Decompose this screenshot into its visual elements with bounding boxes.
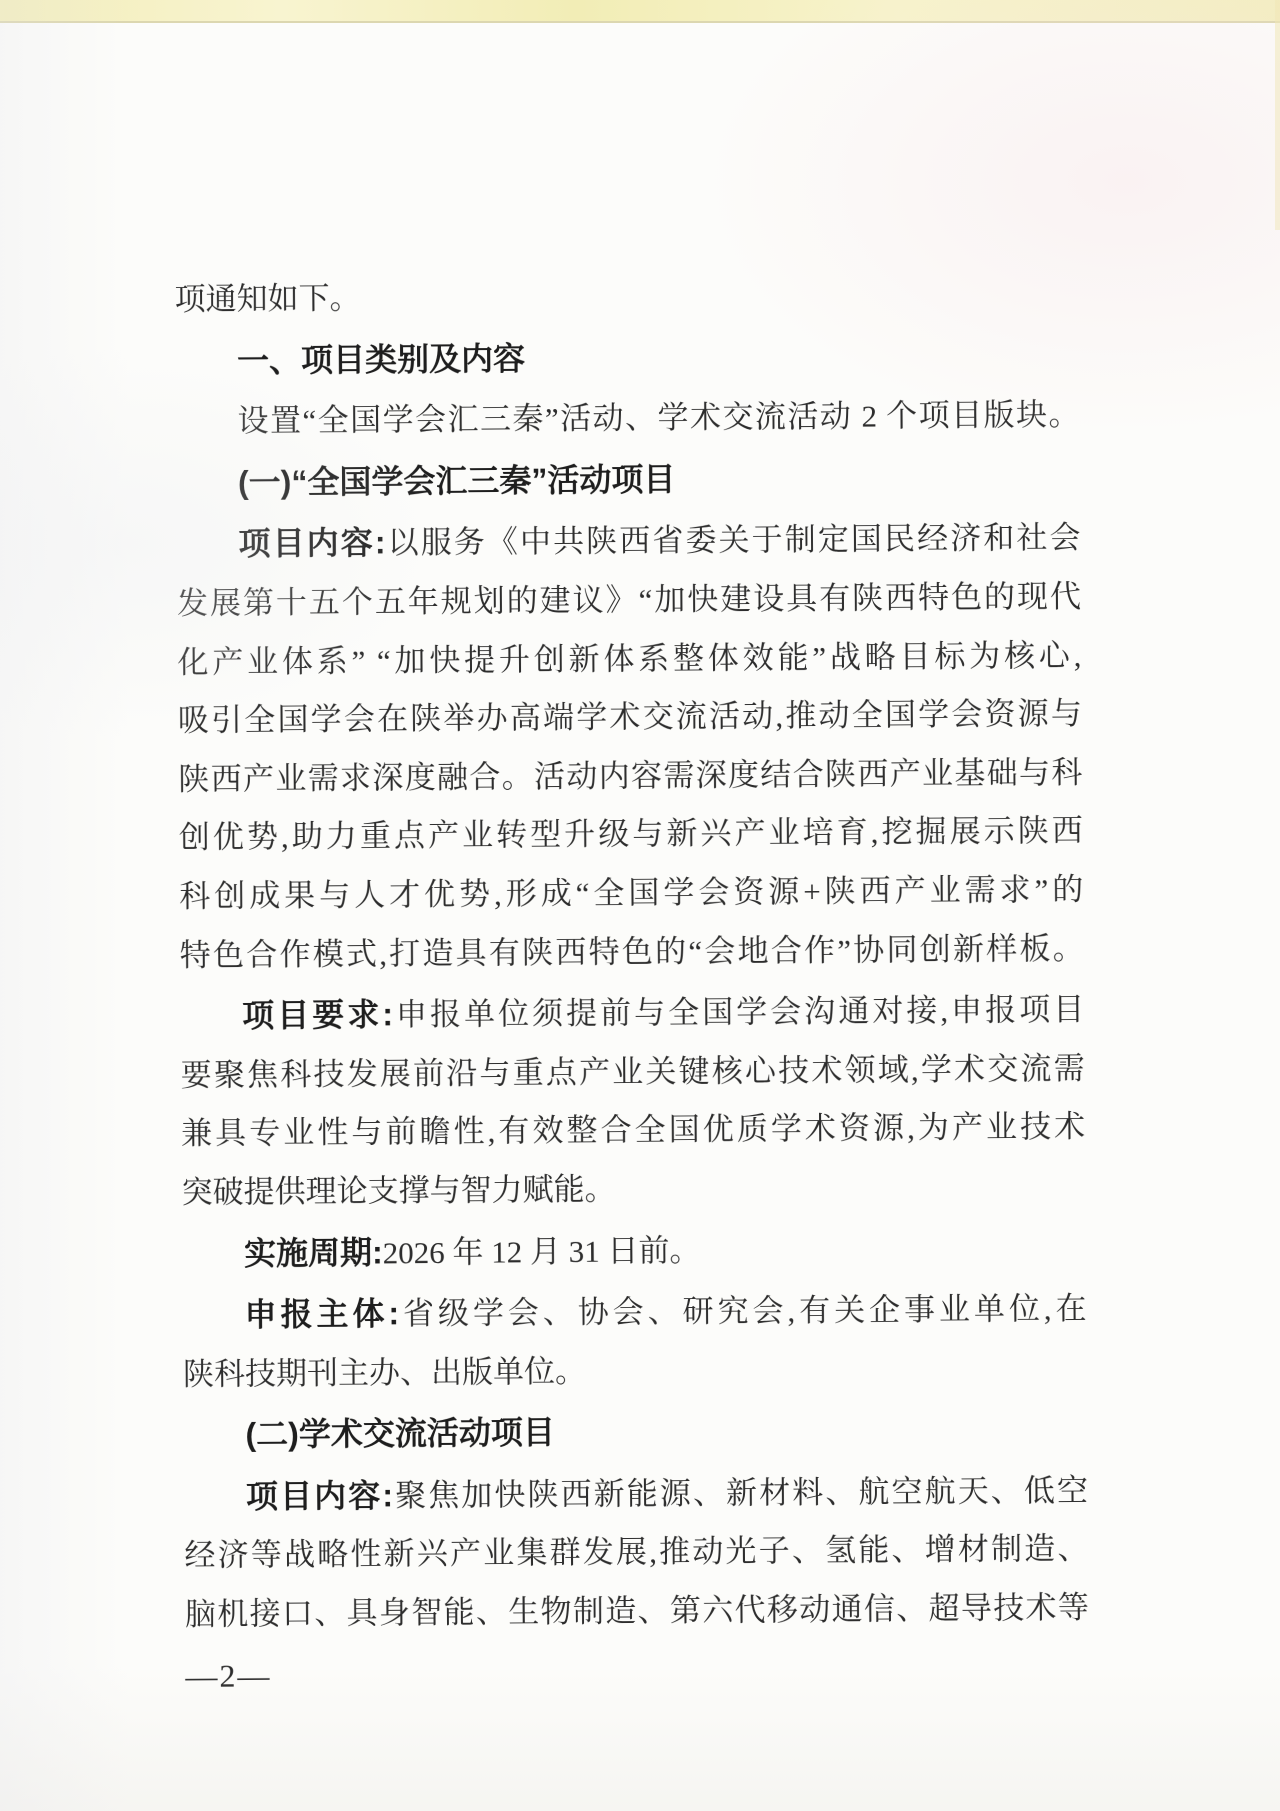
text-segment: 突破提供理论支撑与智力赋能。 bbox=[181, 1171, 615, 1209]
text-line: 设置“全国学会汇三秦”活动、学术交流活动 2 个项目版块。 bbox=[175, 386, 1079, 452]
bold-label: (二)学术交流活动项目 bbox=[245, 1414, 555, 1452]
text-line: 创优势,助力重点产业转型升级与新兴产业培育,挖掘展示陕西 bbox=[179, 802, 1083, 868]
text-line: 科创成果与人才优势,形成“全国学会资源+陕西产业需求”的 bbox=[179, 861, 1083, 927]
text-segment: 科创成果与人才优势,形成“全国学会资源+陕西产业需求”的 bbox=[179, 872, 1083, 914]
text-line: (一)“全国学会汇三秦”活动项目 bbox=[176, 447, 1080, 514]
text-segment: 创优势,助力重点产业转型升级与新兴产业培育,挖掘展示陕西 bbox=[179, 813, 1083, 855]
text-segment: 要聚焦科技发展前沿与重点产业关键核心技术领域,学术交流需 bbox=[181, 1051, 1085, 1093]
paragraph: 项目内容:以服务《中共陕西省委关于制定国民经济和社会发展第十五个五年规划的建议》… bbox=[176, 508, 1084, 985]
text-line: 特色合作模式,打造具有陕西特色的“会地合作”协同创新样板。 bbox=[180, 919, 1084, 985]
text-segment: 项通知如下。 bbox=[174, 281, 360, 317]
text-segment: 2026 年 12 月 31 日前。 bbox=[383, 1232, 701, 1269]
text-line: 要聚焦科技发展前沿与重点产业关键核心技术领域,学术交流需 bbox=[180, 1040, 1084, 1106]
text-segment: 陕西产业需求深度融合。活动内容需深度结合陕西产业基础与科 bbox=[178, 755, 1082, 797]
text-segment: 脑机接口、具身智能、生物制造、第六代移动通信、超导技术等 bbox=[185, 1590, 1089, 1632]
text-segment: 兼具专业性与前瞻性,有效整合全国优质学术资源,为产业技术 bbox=[181, 1109, 1085, 1151]
text-line: 化产业体系” “加快提升创新体系整体效能”战略目标为核心, bbox=[177, 626, 1081, 692]
paragraph: 实施周期:2026 年 12 月 31 日前。 bbox=[182, 1217, 1086, 1284]
document-page: 项通知如下。一、项目类别及内容设置“全国学会汇三秦”活动、学术交流活动 2 个项… bbox=[174, 264, 1089, 1705]
text-line: 兼具专业性与前瞻性,有效整合全国优质学术资源,为产业技术 bbox=[181, 1098, 1085, 1164]
text-line: 突破提供理论支撑与智力赋能。 bbox=[181, 1157, 1085, 1223]
paragraph: 一、项目类别及内容 bbox=[175, 325, 1079, 392]
bold-label: 项目内容: bbox=[238, 525, 385, 562]
text-line: 陕西产业需求深度融合。活动内容需深度结合陕西产业基础与科 bbox=[178, 744, 1082, 810]
paragraph: 项目内容:聚焦加快陕西新能源、新材料、航空航天、低空经济等战略性新兴产业集群发展… bbox=[184, 1461, 1089, 1645]
scan-right-edge-sliver bbox=[1275, 0, 1280, 230]
text-line: 经济等战略性新兴产业集群发展,推动光子、氢能、增材制造、 bbox=[184, 1520, 1088, 1586]
text-segment: 省级学会、协会、研究会,有关企事业单位,在 bbox=[399, 1291, 1087, 1331]
text-line: 一、项目类别及内容 bbox=[175, 325, 1079, 392]
bold-label: 实施周期: bbox=[244, 1234, 383, 1271]
text-line: 吸引全国学会在陕举办高端学术交流活动,推动全国学会资源与 bbox=[178, 685, 1082, 751]
text-segment: 特色合作模式,打造具有陕西特色的“会地合作”协同创新样板。 bbox=[180, 930, 1084, 972]
text-line: 项目内容:以服务《中共陕西省委关于制定国民经济和社会 bbox=[176, 508, 1080, 575]
text-line: (二)学术交流活动项目 bbox=[183, 1399, 1087, 1466]
paragraph: 项通知如下。 bbox=[174, 264, 1078, 330]
text-line: 陕科技期刊主办、出版单位。 bbox=[183, 1339, 1087, 1405]
text-line: 实施周期:2026 年 12 月 31 日前。 bbox=[182, 1217, 1086, 1284]
text-line: 发展第十五个五年规划的建议》“加快建设具有陕西特色的现代 bbox=[177, 568, 1081, 634]
text-line: 脑机接口、具身智能、生物制造、第六代移动通信、超导技术等 bbox=[185, 1579, 1089, 1645]
bold-label: 一、项目类别及内容 bbox=[237, 340, 525, 378]
bold-label: 申报主体: bbox=[244, 1295, 399, 1332]
text-segment: 陕科技期刊主办、出版单位。 bbox=[183, 1354, 586, 1392]
text-segment: 设置“全国学会汇三秦”活动、学术交流活动 2 个项目版块。 bbox=[237, 397, 1079, 439]
text-line: 申报主体:省级学会、协会、研究会,有关企事业单位,在 bbox=[182, 1279, 1086, 1346]
paragraph: (一)“全国学会汇三秦”活动项目 bbox=[176, 447, 1080, 514]
text-segment: 以服务《中共陕西省委关于制定国民经济和社会 bbox=[385, 520, 1080, 560]
paragraph: (二)学术交流活动项目 bbox=[183, 1399, 1087, 1466]
bold-label: 项目内容: bbox=[246, 1477, 393, 1514]
scanned-document-screenshot: { "colors": { "paper": "#fcfcfa", "top_s… bbox=[0, 0, 1280, 1811]
text-segment: 吸引全国学会在陕举办高端学术交流活动,推动全国学会资源与 bbox=[178, 696, 1082, 738]
text-line: 项目要求:申报单位须提前与全国学会沟通对接,申报项目 bbox=[180, 980, 1084, 1047]
bold-label: 项目要求: bbox=[242, 996, 393, 1033]
text-segment: 申报单位须提前与全国学会沟通对接,申报项目 bbox=[393, 992, 1084, 1032]
paragraph: 设置“全国学会汇三秦”活动、学术交流活动 2 个项目版块。 bbox=[175, 386, 1079, 452]
scan-page-top-edge bbox=[0, 0, 1280, 23]
text-segment: 聚焦加快陕西新能源、新材料、航空航天、低空 bbox=[393, 1473, 1088, 1513]
paragraph: 项目要求:申报单位须提前与全国学会沟通对接,申报项目要聚焦科技发展前沿与重点产业… bbox=[180, 980, 1086, 1222]
text-segment: 发展第十五个五年规划的建议》“加快建设具有陕西特色的现代 bbox=[177, 579, 1081, 621]
text-segment: 化产业体系” “加快提升创新体系整体效能”战略目标为核心, bbox=[177, 637, 1081, 679]
text-line: 项目内容:聚焦加快陕西新能源、新材料、航空航天、低空 bbox=[184, 1461, 1088, 1528]
bold-label: (一)“全国学会汇三秦”活动项目 bbox=[238, 461, 676, 500]
text-segment: 经济等战略性新兴产业集群发展,推动光子、氢能、增材制造、 bbox=[184, 1531, 1088, 1573]
page-number: —2— bbox=[185, 1640, 1089, 1706]
paragraph: 申报主体:省级学会、协会、研究会,有关企事业单位,在陕科技期刊主办、出版单位。 bbox=[182, 1279, 1087, 1404]
document-body: 项通知如下。一、项目类别及内容设置“全国学会汇三秦”活动、学术交流活动 2 个项… bbox=[174, 264, 1089, 1645]
text-line: 项通知如下。 bbox=[174, 264, 1078, 330]
